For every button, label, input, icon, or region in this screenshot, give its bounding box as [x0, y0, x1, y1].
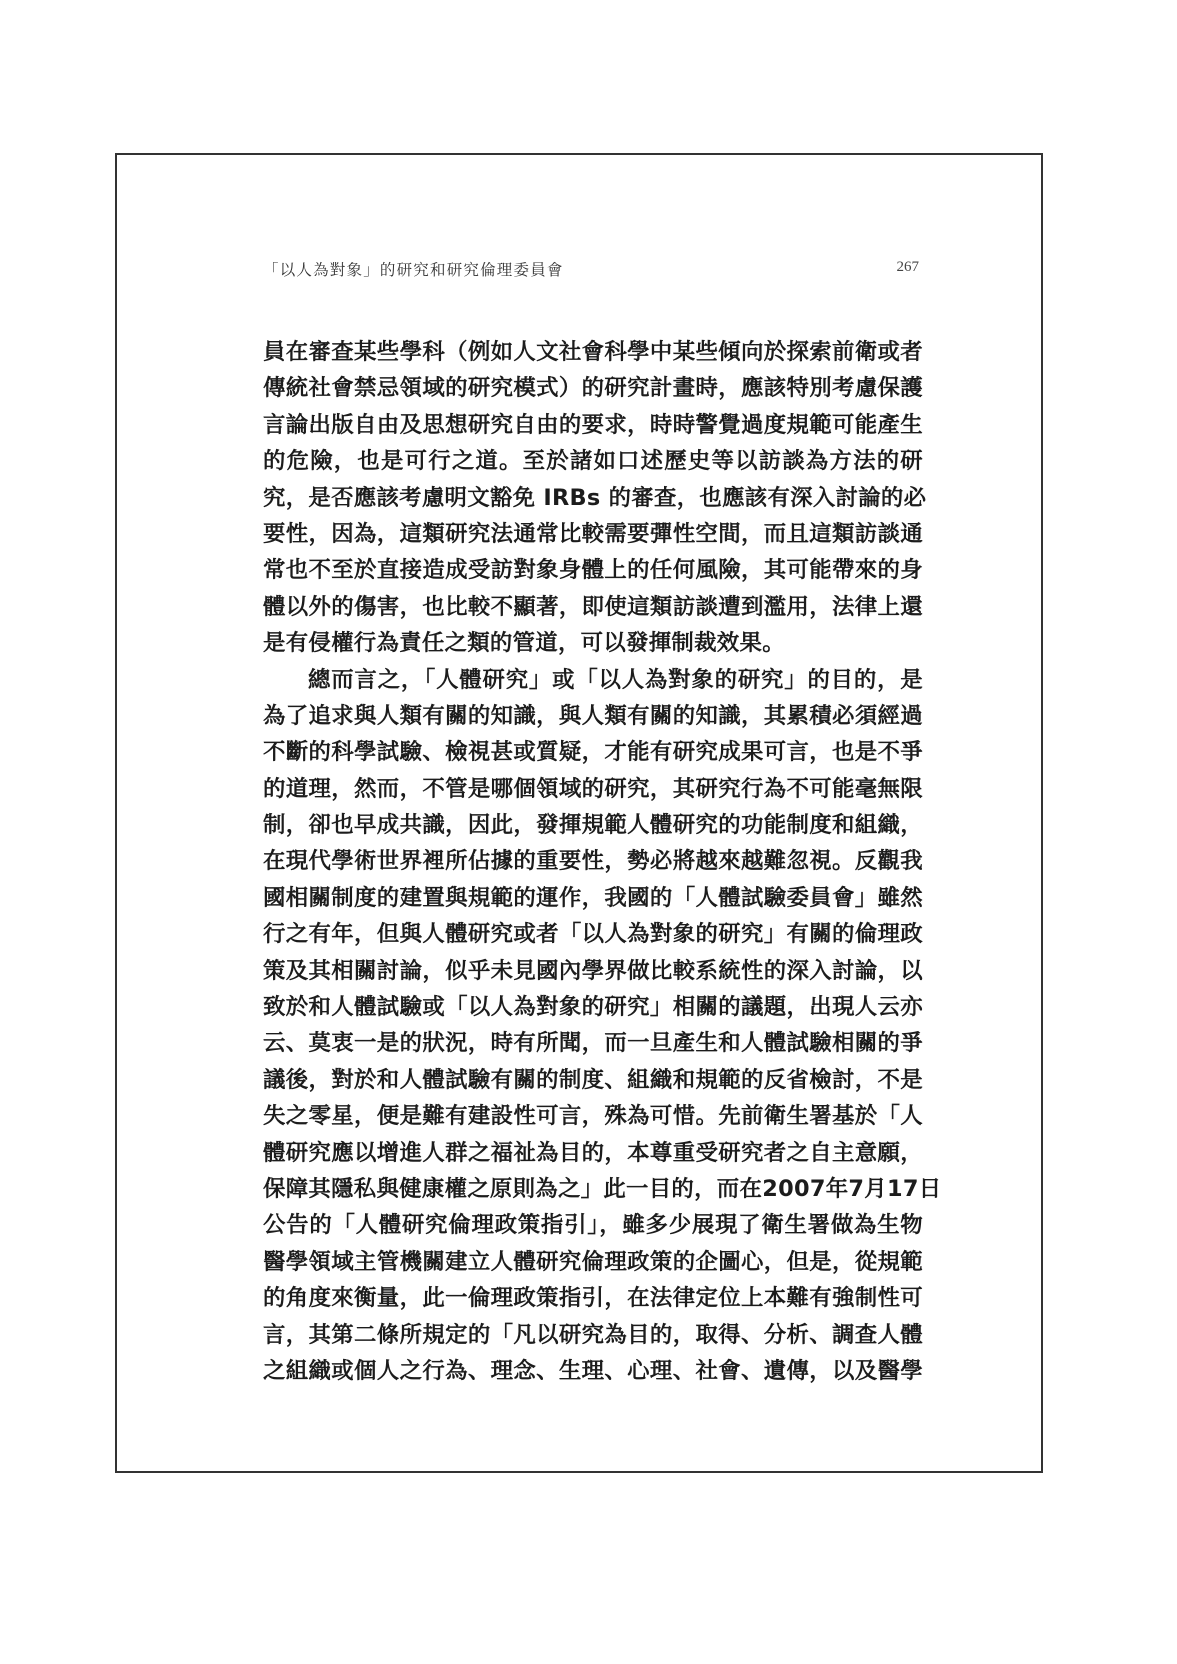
text-line: 傳統社會禁忌領域的研究模式）的研究計畫時，應該特別考慮保護	[263, 370, 923, 406]
text-line: 體以外的傷害，也比較不顯著，即使這類訪談遭到濫用，法律上還	[263, 589, 923, 625]
running-head: 「以人為對象」的研究和研究倫理委員會 267	[263, 258, 919, 282]
text-line: 致於和人體試驗或「以人為對象的研究」相關的議題，出現人云亦	[263, 989, 923, 1025]
text-line: 言，其第二條所規定的「凡以研究為目的，取得、分析、調查人體	[263, 1317, 923, 1353]
page-number: 267	[897, 259, 920, 276]
text-line: 常也不至於直接造成受訪對象身體上的任何風險，其可能帶來的身	[263, 552, 923, 588]
text-line: 保障其隱私與健康權之原則為之」此一目的，而在2007年7月17日	[263, 1171, 923, 1207]
text-line: 體研究應以增進人群之福祉為目的，本尊重受研究者之自主意願，	[263, 1135, 923, 1171]
text-line: 策及其相關討論，似乎未見國內學界做比較系統性的深入討論，以	[263, 953, 923, 989]
text-line: 員在審查某些學科（例如人文社會科學中某些傾向於探索前衛或者	[263, 334, 923, 370]
text-line: 失之零星，便是難有建設性可言，殊為可惜。先前衛生署基於「人	[263, 1098, 923, 1134]
text-line: 制，卻也早成共識，因此，發揮規範人體研究的功能制度和組織，	[263, 807, 923, 843]
text-line: 之組織或個人之行為、理念、生理、心理、社會、遺傳，以及醫學	[263, 1353, 923, 1389]
text-line: 究，是否應該考慮明文豁免 IRBs 的審查，也應該有深入討論的必	[263, 480, 923, 516]
text-line: 議後，對於和人體試驗有關的制度、組織和規範的反省檢討，不是	[263, 1062, 923, 1098]
text-line: 醫學領域主管機關建立人體研究倫理政策的企圖心，但是，從規範	[263, 1244, 923, 1280]
running-title: 「以人為對象」的研究和研究倫理委員會	[263, 258, 564, 280]
text-line: 言論出版自由及思想研究自由的要求，時時警覺過度規範可能產生	[263, 407, 923, 443]
text-line: 的道理，然而，不管是哪個領域的研究，其研究行為不可能毫無限	[263, 771, 923, 807]
text-line: 的危險，也是可行之道。至於諸如口述歷史等以訪談為方法的研	[263, 443, 923, 479]
text-line: 是有侵權行為責任之類的管道，可以發揮制裁效果。	[263, 625, 923, 661]
text-line: 要性，因為，這類研究法通常比較需要彈性空間，而且這類訪談通	[263, 516, 923, 552]
text-line: 國相關制度的建置與規範的運作，我國的「人體試驗委員會」雖然	[263, 880, 923, 916]
body-text: 員在審查某些學科（例如人文社會科學中某些傾向於探索前衛或者 傳統社會禁忌領域的研…	[263, 334, 923, 1389]
text-line: 公告的「人體研究倫理政策指引」，雖多少展現了衛生署做為生物	[263, 1207, 923, 1243]
text-line: 云、莫衷一是的狀況，時有所聞，而一旦產生和人體試驗相關的爭	[263, 1025, 923, 1061]
text-line: 不斷的科學試驗、檢視甚或質疑，才能有研究成果可言，也是不爭	[263, 734, 923, 770]
text-line-paragraph-start: 總而言之，「人體研究」或「以人為對象的研究」的目的，是	[263, 662, 923, 698]
text-line: 行之有年，但與人體研究或者「以人為對象的研究」有關的倫理政	[263, 916, 923, 952]
text-line: 在現代學術世界裡所佔據的重要性，勢必將越來越難忽視。反觀我	[263, 843, 923, 879]
text-line: 為了追求與人類有關的知識，與人類有關的知識，其累積必須經過	[263, 698, 923, 734]
text-line: 的角度來衡量，此一倫理政策指引，在法律定位上本難有強制性可	[263, 1280, 923, 1316]
